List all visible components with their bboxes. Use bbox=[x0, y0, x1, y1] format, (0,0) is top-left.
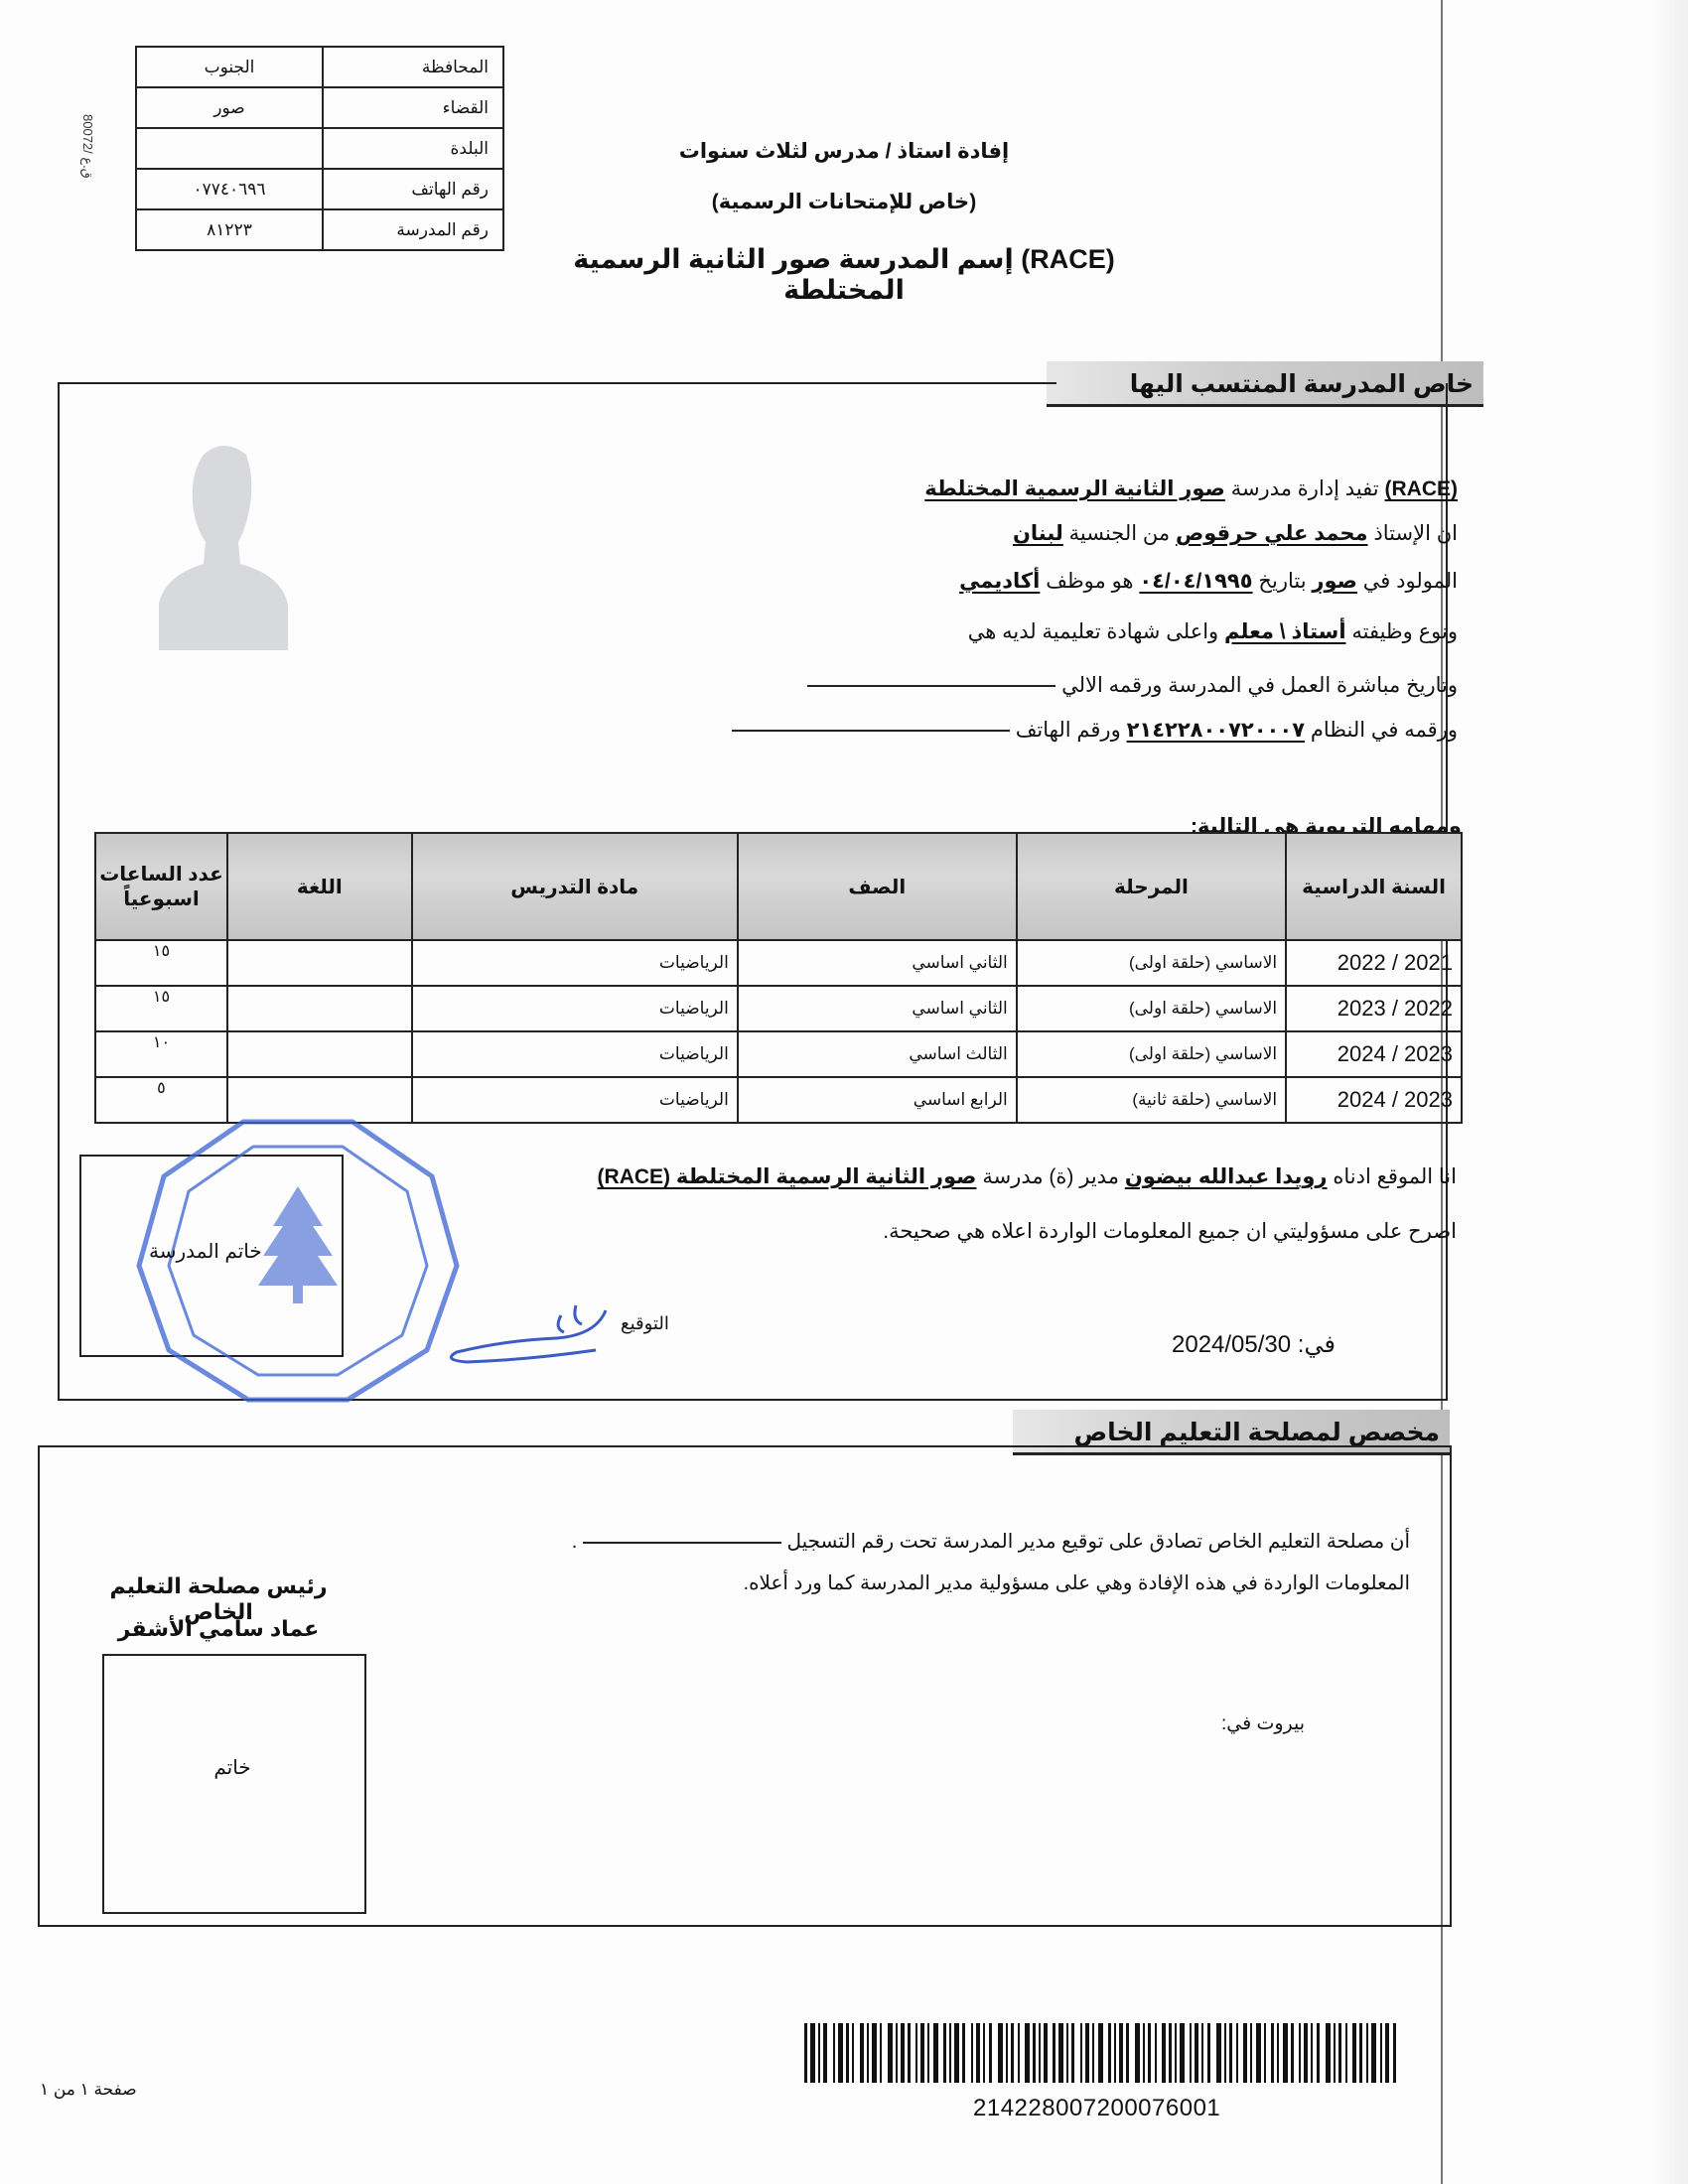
cell-stage: الاساسي (حلقة ثانية) bbox=[1017, 1077, 1286, 1123]
static-text: ونوع وظيفته bbox=[1351, 620, 1458, 643]
cell-stage: الاساسي (حلقة اولى) bbox=[1017, 1031, 1286, 1077]
school-name-field: صور الثانية الرسمية المختلطة bbox=[924, 478, 1225, 500]
cell-grade: الرابع اساسي bbox=[738, 1077, 1017, 1123]
cell-hours: ١٠ bbox=[95, 1031, 227, 1077]
school-line-2: ان الإستاذ محمد علي حرقوص من الجنسية لبن… bbox=[1013, 521, 1458, 546]
static-text: من الجنسية bbox=[1069, 522, 1171, 545]
declaration-line-2: اصرح على مسؤوليتي ان جميع المعلومات الوا… bbox=[883, 1219, 1457, 1244]
static-text: أن مصلحة التعليم الخاص تصادق على توقيع م… bbox=[786, 1531, 1410, 1553]
side-reference: 80072/ ق.ع bbox=[79, 114, 95, 179]
cell-language bbox=[227, 986, 412, 1031]
col-header-language: اللغة bbox=[227, 833, 412, 940]
table-row: 2021 / 2022 الاساسي (حلقة اولى) الثاني ا… bbox=[95, 940, 1462, 986]
info-label: رقم المدرسة bbox=[323, 209, 503, 250]
birth-place-field: صور bbox=[1312, 570, 1357, 593]
employee-type-field: أكاديمي bbox=[959, 570, 1040, 593]
section-banner-label: مخصص لمصلحة التعليم الخاص bbox=[1073, 1419, 1440, 1446]
date-label: في: bbox=[1298, 1331, 1336, 1358]
cell-subject: الرياضيات bbox=[412, 986, 738, 1031]
info-row-district: القضاء صور bbox=[136, 87, 503, 128]
scan-shadow bbox=[1653, 0, 1688, 2184]
school-line-4: ونوع وظيفته أستاذ \ معلم واعلى شهادة تعل… bbox=[968, 619, 1458, 644]
start-date-blank[interactable] bbox=[807, 685, 1055, 687]
birth-date-field: ٠٤/٠٤/١٩٩٥ bbox=[1139, 570, 1252, 593]
col-header-year: السنة الدراسية bbox=[1286, 833, 1462, 940]
info-label: البلدة bbox=[323, 128, 503, 169]
director-name-field: رويدا عبدالله بيضون bbox=[1125, 1165, 1328, 1188]
school-line-5: وتاريخ مباشرة العمل في المدرسة ورقمه الا… bbox=[807, 673, 1458, 698]
signature-label: التوقيع bbox=[621, 1313, 669, 1334]
static-text: هو موظف bbox=[1046, 570, 1133, 593]
info-label: القضاء bbox=[323, 87, 503, 128]
private-line-2: المعلومات الواردة في هذه الإفادة وهي على… bbox=[744, 1570, 1410, 1595]
static-text: واعلى شهادة تعليمية لديه هي bbox=[968, 620, 1218, 643]
teacher-name-field: محمد علي حرقوص bbox=[1176, 522, 1368, 545]
cell-subject: الرياضيات bbox=[412, 1031, 738, 1077]
static-text: وتاريخ مباشرة العمل في المدرسة ورقمه الا… bbox=[1061, 674, 1458, 697]
title-line-3: (RACE) إسم المدرسة صور الثانية الرسمية ا… bbox=[556, 244, 1132, 306]
info-value bbox=[136, 128, 323, 169]
teacher-photo bbox=[159, 437, 288, 650]
static-text: المولود في bbox=[1363, 570, 1458, 593]
declaration-line-1: انا الموقع ادناه رويدا عبدالله بيضون مدي… bbox=[598, 1164, 1457, 1189]
static-text: . bbox=[572, 1531, 578, 1553]
duties-header-row: السنة الدراسية المرحلة الصف مادة التدريس… bbox=[95, 833, 1462, 940]
static-text: انا الموقع ادناه bbox=[1333, 1165, 1457, 1188]
beirut-date-label: بيروت في: bbox=[1221, 1712, 1305, 1735]
cell-year: 2023 / 2024 bbox=[1286, 1031, 1462, 1077]
info-row-phone: رقم الهاتف ٠٧٧٤٠٦٩٦ bbox=[136, 169, 503, 209]
static-text: تفيد إدارة مدرسة bbox=[1231, 478, 1379, 500]
system-number-field: ٢١٤٢٢٨٠٠٧٢٠٠٠٧ bbox=[1127, 719, 1305, 742]
info-row-school-number: رقم المدرسة ٨١٢٢٣ bbox=[136, 209, 503, 250]
cell-language bbox=[227, 940, 412, 986]
phone-blank[interactable] bbox=[732, 730, 1010, 732]
barcode-icon bbox=[804, 2023, 1400, 2083]
private-seal-label: خاتم bbox=[102, 1755, 362, 1780]
school-name-field: صور الثانية الرسمية المختلطة (RACE) bbox=[598, 1165, 977, 1188]
cell-grade: الثاني اساسي bbox=[738, 986, 1017, 1031]
private-seal-box bbox=[102, 1654, 366, 1914]
cell-year: 2021 / 2022 bbox=[1286, 940, 1462, 986]
cell-language bbox=[227, 1031, 412, 1077]
info-row-town: البلدة bbox=[136, 128, 503, 169]
cell-grade: الثاني اساسي bbox=[738, 940, 1017, 986]
cell-stage: الاساسي (حلقة اولى) bbox=[1017, 986, 1286, 1031]
cell-year: 2023 / 2024 bbox=[1286, 1077, 1462, 1123]
static-text: ورقم الهاتف bbox=[1016, 719, 1121, 742]
race-label: (RACE) bbox=[1384, 478, 1458, 500]
duties-table: السنة الدراسية المرحلة الصف مادة التدريس… bbox=[94, 832, 1463, 1124]
info-value: ٨١٢٢٣ bbox=[136, 209, 323, 250]
static-text: بتاريخ bbox=[1258, 570, 1306, 593]
static-text: ورقمه في النظام bbox=[1311, 719, 1458, 742]
signature-mark bbox=[437, 1291, 616, 1370]
table-row: 2022 / 2023 الاساسي (حلقة اولى) الثاني ا… bbox=[95, 986, 1462, 1031]
info-label: رقم الهاتف bbox=[323, 169, 503, 209]
document-title: إفادة استاذ / مدرس لثلاث سنوات (خاص للإم… bbox=[556, 139, 1132, 306]
private-line-1: أن مصلحة التعليم الخاص تصادق على توقيع م… bbox=[572, 1529, 1410, 1554]
school-line-1: (RACE) تفيد إدارة مدرسة صور الثانية الرس… bbox=[924, 477, 1458, 501]
school-line-3: المولود في صور بتاريخ ٠٤/٠٤/١٩٩٥ هو موظف… bbox=[959, 569, 1458, 594]
static-text: ان الإستاذ bbox=[1373, 522, 1458, 545]
static-text: مدير (ة) مدرسة bbox=[982, 1165, 1119, 1188]
cell-subject: الرياضيات bbox=[412, 940, 738, 986]
cell-hours: ١٥ bbox=[95, 940, 227, 986]
col-header-grade: الصف bbox=[738, 833, 1017, 940]
cell-hours: ١٥ bbox=[95, 986, 227, 1031]
info-value: ٠٧٧٤٠٦٩٦ bbox=[136, 169, 323, 209]
nationality-field: لبنان bbox=[1013, 522, 1063, 545]
cell-stage: الاساسي (حلقة اولى) bbox=[1017, 940, 1286, 986]
cell-year: 2022 / 2023 bbox=[1286, 986, 1462, 1031]
info-label: المحافظة bbox=[323, 47, 503, 87]
registration-number-blank[interactable] bbox=[583, 1542, 781, 1544]
cell-grade: الثالث اساسي bbox=[738, 1031, 1017, 1077]
school-info-table: المحافظة الجنوب القضاء صور البلدة رقم ال… bbox=[135, 46, 504, 251]
date-value: 2024/05/30 bbox=[1172, 1331, 1291, 1358]
declaration-date: في: 2024/05/30 bbox=[1172, 1330, 1336, 1359]
job-type-field: أستاذ \ معلم bbox=[1224, 620, 1345, 643]
school-stamp-label: خاتم المدرسة bbox=[149, 1239, 262, 1264]
title-line-2: (خاص للإمتحانات الرسمية) bbox=[556, 190, 1132, 214]
page-number: صفحة ١ من ١ bbox=[40, 2080, 137, 2100]
info-value: صور bbox=[136, 87, 323, 128]
col-header-stage: المرحلة bbox=[1017, 833, 1286, 940]
info-row-governorate: المحافظة الجنوب bbox=[136, 47, 503, 87]
school-line-6: ورقمه في النظام ٢١٤٢٢٨٠٠٧٢٠٠٠٧ ورقم الها… bbox=[732, 718, 1458, 743]
info-value: الجنوب bbox=[136, 47, 323, 87]
col-header-subject: مادة التدريس bbox=[412, 833, 738, 940]
barcode-number: 21422800720007600​1 bbox=[973, 2095, 1220, 2122]
table-row: 2023 / 2024 الاساسي (حلقة اولى) الثالث ا… bbox=[95, 1031, 1462, 1077]
col-header-hours: عدد الساعات اسبوعياً bbox=[95, 833, 227, 940]
title-line-1: إفادة استاذ / مدرس لثلاث سنوات bbox=[556, 139, 1132, 164]
head-name: عماد سامي الأشقر bbox=[89, 1616, 348, 1642]
